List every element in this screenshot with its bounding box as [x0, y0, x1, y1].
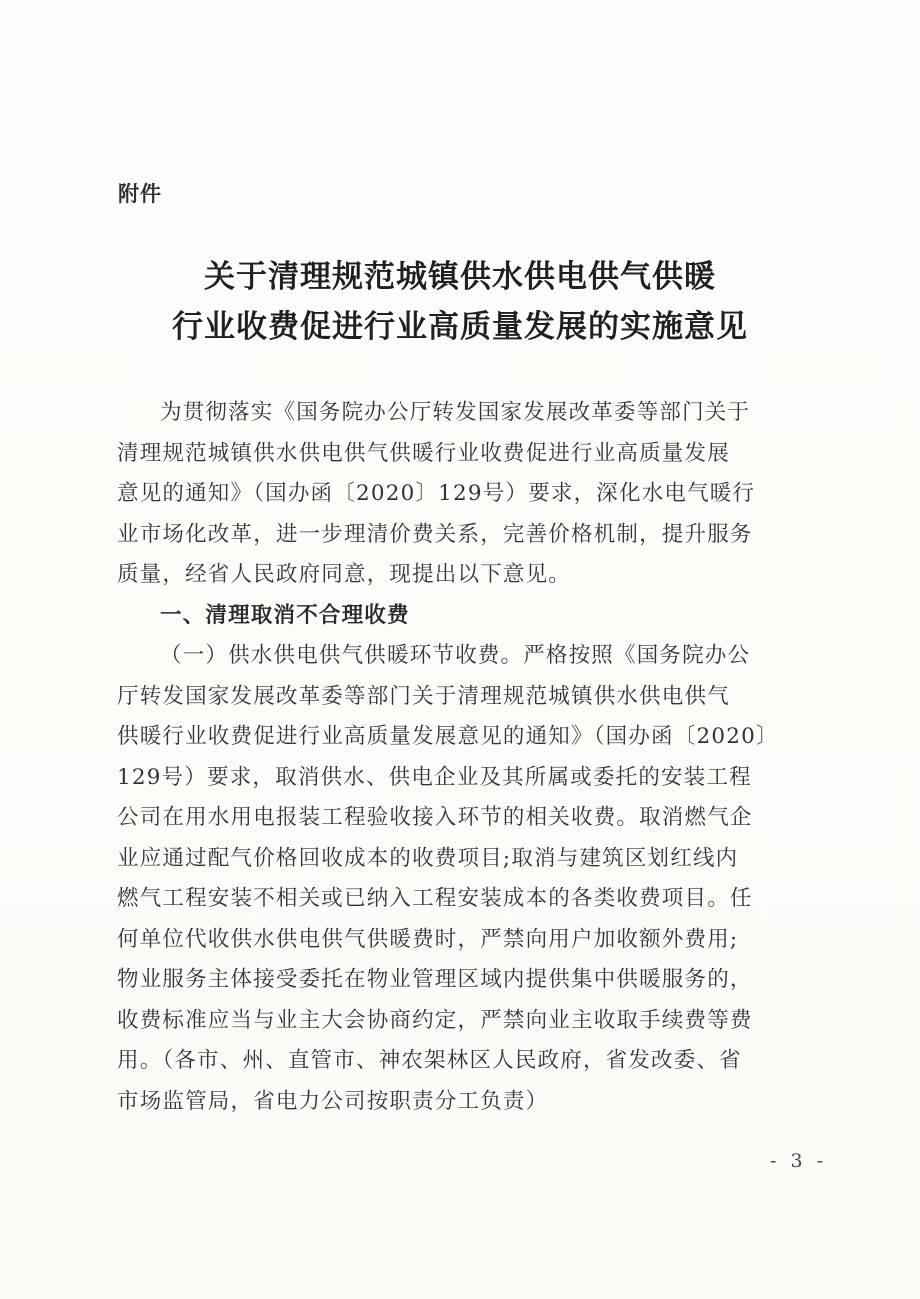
section-line: 市场监管局，省电力公司按职责分工负责） [117, 1082, 805, 1123]
section-line: 收费标准应当与业主大会协商约定，严禁向业主收取手续费等费 [117, 1001, 805, 1042]
intro-line: 清理规范城镇供水供电供气供暖行业收费促进行业高质量发展 [117, 434, 805, 475]
attachment-label: 附件 [118, 178, 162, 208]
intro-line: 质量，经省人民政府同意，现提出以下意见。 [117, 555, 805, 596]
section-line: 物业服务主体接受委托在物业管理区域内提供集中供暖服务的， [117, 960, 805, 1001]
section-line: 用。（各市、州、直管市、神农架林区人民政府，省发改委、省 [117, 1041, 805, 1082]
document-title: 关于清理规范城镇供水供电供气供暖 行业收费促进行业高质量发展的实施意见 [0, 252, 920, 352]
section-line: 供暖行业收费促进行业高质量发展意见的通知》（国办函〔2020〕 [117, 717, 805, 758]
title-line: 关于清理规范城镇供水供电供气供暖 [0, 252, 920, 302]
section-line: 燃气工程安装不相关或已纳入工程安装成本的各类收费项目。任 [117, 879, 805, 920]
document-body: 为贯彻落实《国务院办公厅转发国家发展改革委等部门关于 清理规范城镇供水供电供气供… [117, 393, 805, 1122]
section-line: 129号）要求，取消供水、供电企业及其所属或委托的安装工程 [117, 758, 805, 799]
intro-line: 意见的通知》（国办函〔2020〕129号）要求，深化水电气暖行 [117, 474, 805, 515]
section-heading: 一、清理取消不合理收费 [117, 596, 805, 637]
page-number: - 3 - [770, 1150, 827, 1172]
section-line: 厅转发国家发展改革委等部门关于清理规范城镇供水供电供气 [117, 677, 805, 718]
document-page: 附件 关于清理规范城镇供水供电供气供暖 行业收费促进行业高质量发展的实施意见 为… [0, 0, 920, 1299]
section-line: （一）供水供电供气供暖环节收费。严格按照《国务院办公 [117, 636, 805, 677]
intro-line: 为贯彻落实《国务院办公厅转发国家发展改革委等部门关于 [117, 393, 805, 434]
section-line: 何单位代收供水供电供气供暖费时，严禁向用户加收额外费用; [117, 920, 805, 961]
intro-line: 业市场化改革，进一步理清价费关系，完善价格机制，提升服务 [117, 515, 805, 556]
section-line: 业应通过配气价格回收成本的收费项目;取消与建筑区划红线内 [117, 839, 805, 880]
section-line: 公司在用水用电报装工程验收接入环节的相关收费。取消燃气企 [117, 798, 805, 839]
title-line: 行业收费促进行业高质量发展的实施意见 [0, 302, 920, 352]
